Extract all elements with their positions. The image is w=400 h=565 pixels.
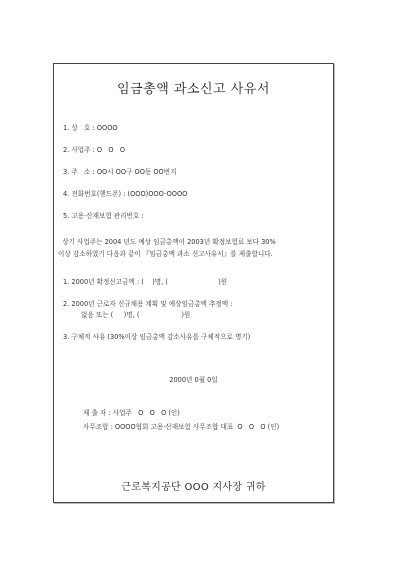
field-insurance-number: 5. 고용·산재보험 관리번호 : — [63, 212, 144, 220]
field-address: 3. 주 소 : OO시 OO구 OO동 OO번지 — [63, 168, 176, 176]
addressee: 근로복지공단 OOO 지사장 귀하 — [54, 478, 333, 493]
signature-agency: 사무조합 : OOOO협회 고용·산재보험 사무조합 대표 O O O (인) — [83, 423, 279, 431]
field-employer: 2. 사업주 : O O O — [63, 146, 125, 154]
statement-line-1: 상기 사업주는 2004 년도 예상 임금총액이 2003년 확정보험료 보다 … — [58, 238, 276, 246]
field-business-name: 1. 상 호 : OOOO — [63, 124, 118, 132]
statement-line-2: 이상 감소하였기 다음과 같이 『임금총액 과소 신고사유서』를 제출합니다. — [58, 250, 273, 258]
item-confirmed-amount: 1. 2000년 확정신고금액 : ( )명, ( )원 — [63, 278, 227, 286]
signature-submitter: 제 출 자 : 사업주 O O O (인) — [83, 409, 180, 417]
item-specific-reason: 3. 구체적 사유 (30%이상 임금총액 감소사유를 구체적으로 명기) — [63, 333, 250, 341]
item-hiring-plan: 2. 2000년 근로자 신규채용 계획 및 예상임금총액 추정액 : — [63, 300, 232, 308]
document-page: 임금총액 과소신고 사유서 1. 상 호 : OOOO 2. 사업주 : O O… — [53, 63, 334, 503]
item-hiring-plan-sub: 없음 또는 ( )명, ( )원 — [81, 311, 190, 319]
field-phone: 4. 전화번호(핸드폰) : (OOO)OOO-OOOO — [63, 190, 187, 198]
document-title: 임금총액 과소신고 사유서 — [54, 78, 333, 97]
document-date: 2000년 0월 0일 — [54, 376, 333, 384]
